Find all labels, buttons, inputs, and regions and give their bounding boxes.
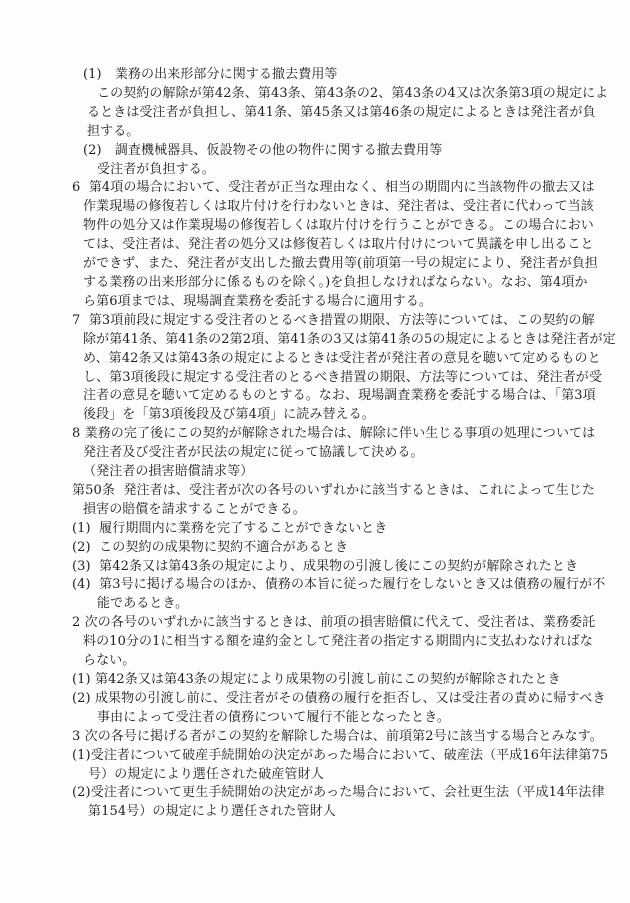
text-line: 8 業務の完了後にこの契約が解除された場合は、解除に伴い生じる事項の処理について… xyxy=(72,425,600,444)
text-line: (1) 履行期間内に業務を完了することができないとき xyxy=(72,520,600,539)
text-line: 作業現場の修復若しくは取片付けを行わないときは、発注者は、受注者に代わって当該 xyxy=(72,198,600,217)
text-line: (4) 第3号に掲げる場合のほか、債務の本旨に従った履行をしないとき又は債務の履… xyxy=(72,576,600,595)
text-line: 2 次の各号のいずれかに該当するときは、前項の損害賠償に代えて、受注者は、業務委… xyxy=(72,614,600,633)
text-line: 事由によって受注者の債務について履行不能となったとき。 xyxy=(72,709,600,728)
text-line: ら第6項までは、現場調査業務を委託する場合に適用する。 xyxy=(72,293,600,312)
text-line: 料の10分の1に相当する額を違約金として発注者の指定する期間内に支払わなければな xyxy=(72,633,600,652)
page: { "page": { "background": "#fdfdfd", "te… xyxy=(0,0,630,903)
text-line: 発注者及び受注者が民法の規定に従って協議して決める。 xyxy=(72,444,600,463)
text-line: 受注者が負担する。 xyxy=(72,161,600,180)
text-line: め、第42条又は第43条の規定によるときは受注者が発注者の意見を聴いて定めるもの… xyxy=(72,350,600,369)
text-line: (2)受注者について更生手続開始の決定があった場合において、会社更生法（平成14… xyxy=(72,784,600,803)
text-line: 号）の規定により選任された破産管財人 xyxy=(72,766,600,785)
text-line: この契約の解除が第42条、第43条、第43条の2、第43条の4又は次条第3項の規… xyxy=(72,85,600,104)
text-line: (1) 第42条又は第43条の規定により成果物の引渡し前にこの契約が解除されたと… xyxy=(72,671,600,690)
text-line: 担する。 xyxy=(72,123,600,142)
text-line: 除が第41条、第41条の2第2項、第41条の3又は第41条の5の規定によるときは… xyxy=(72,331,600,350)
text-line: 第154号）の規定により選任された管財人 xyxy=(72,803,600,822)
text-line: (2) この契約の成果物に契約不適合があるとき xyxy=(72,539,600,558)
text-line: （発注者の損害賠償請求等） xyxy=(72,463,600,482)
text-line: する業務の出来形部分に係るものを除く。)を負担しなければならない。なお、第4項か xyxy=(72,274,600,293)
text-line: 物件の処分又は作業現場の修復若しくは取片付けを行うことができる。この場合におい xyxy=(72,217,600,236)
text-line: るときは受注者が負担し、第41条、第45条又は第46条の規定によるときは発注者が… xyxy=(72,104,600,123)
document-page: (1) 業務の出来形部分に関する撤去費用等この契約の解除が第42条、第43条、第… xyxy=(0,0,630,903)
text-line: 7 第3項前段に規定する受注者のとるべき措置の期限、方法等については、この契約の… xyxy=(72,312,600,331)
text-line: 第50条 発注者は、受注者が次の各号のいずれかに該当するときは、これによって生じ… xyxy=(72,482,600,501)
text-line: らない。 xyxy=(72,652,600,671)
text-line: ては、受注者は、発注者の処分又は修復若しくは取片付けについて異議を申し出ること xyxy=(72,236,600,255)
text-line: (2) 成果物の引渡し前に、受注者がその債務の履行を拒否し、又は受注者の責めに帰… xyxy=(72,690,600,709)
text-line: 損害の賠償を請求することができる。 xyxy=(72,501,600,520)
text-line: (1)受注者について破産手続開始の決定があった場合において、破産法（平成16年法… xyxy=(72,747,600,766)
text-line: 6 第4項の場合において、受注者が正当な理由なく、相当の期間内に当該物件の撤去又… xyxy=(72,179,600,198)
text-line: (3) 第42条又は第43条の規定により、成果物の引渡し後にこの契約が解除された… xyxy=(72,558,600,577)
text-line: 注者の意見を聴いて定めるものとする。なお、現場調査業務を委託する場合は、「第3項 xyxy=(72,387,600,406)
text-line: 後段」を「第3項後段及び第4項」に読み替える。 xyxy=(72,406,600,425)
text-line: 能であるとき。 xyxy=(72,595,600,614)
text-line: し、第3項後段に規定する受注者のとるべき措置の期限、方法等については、発注者が受 xyxy=(72,369,600,388)
text-line: (1) 業務の出来形部分に関する撤去費用等 xyxy=(72,66,600,85)
text-line: 3 次の各号に掲げる者がこの契約を解除した場合は、前項第2号に該当する場合とみな… xyxy=(72,728,600,747)
text-line: (2) 調査機械器具、仮設物その他の物件に関する撤去費用等 xyxy=(72,142,600,161)
text-line: ができず、また、発注者が支出した撤去費用等(前項第一号の規定により、発注者が負担 xyxy=(72,255,600,274)
